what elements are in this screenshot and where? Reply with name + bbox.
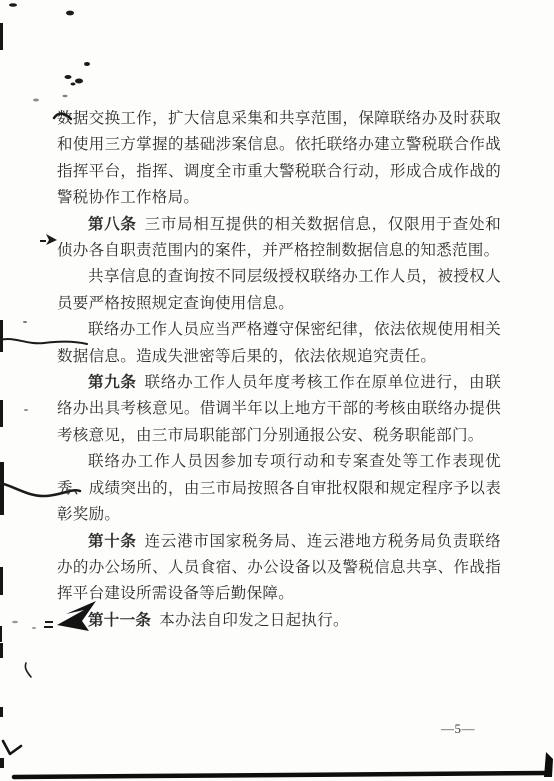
page-number: —5— <box>441 721 475 737</box>
arrow-blot-mark <box>40 234 57 245</box>
article-number: 第九条 <box>88 374 137 391</box>
article-number: 第十一条 <box>88 612 151 629</box>
paragraph-article-11: 第十一条本办法自印发之日起执行。 <box>57 608 501 634</box>
paragraph-article-9: 第九条联络办工作人员年度考核工作在原单位进行，由联络办出具考核意见。借调半年以上… <box>57 370 501 449</box>
document-body: 数据交换工作，扩大信息采集和共享范围，保障联络办及时获取和使用三方掌握的基础涉案… <box>57 106 501 634</box>
paragraph: 数据交换工作，扩大信息采集和共享范围，保障联络办及时获取和使用三方掌握的基础涉案… <box>57 106 501 212</box>
squiggle-mark <box>25 663 31 677</box>
article-number: 第八条 <box>88 216 137 233</box>
paragraph-text: 本办法自印发之日起执行。 <box>159 612 349 629</box>
binding-marks <box>0 23 4 768</box>
paragraph-text: 联络办工作人员因参加专项行动和专案查处等工作表现优秀、成绩突出的，由三市局按照各… <box>57 453 501 523</box>
paragraph-text: 共享信息的查询按不同层级授权联络办工作人员，被授权人员要严格按照规定查询使用信息… <box>57 268 501 311</box>
paragraph: 联络办工作人员因参加专项行动和专案查处等工作表现优秀、成绩突出的，由三市局按照各… <box>57 449 501 528</box>
equals-mark <box>44 621 53 628</box>
corner-blot-mark <box>544 752 553 777</box>
paragraph-text: 联络办工作人员应当严格遵守保密纪律，依法依规使用相关数据信息。造成失泄密等后果的… <box>57 321 501 364</box>
paragraph: 共享信息的查询按不同层级授权联络办工作人员，被授权人员要严格按照规定查询使用信息… <box>57 264 501 317</box>
paragraph-article-10: 第十条连云港市国家税务局、连云港地方税务局负责联络办的办公场所、人员食宿、办公设… <box>57 529 501 608</box>
document-page: 数据交换工作，扩大信息采集和共享范围，保障联络办及时获取和使用三方掌握的基础涉案… <box>0 0 554 781</box>
paragraph-article-8: 第八条三市局相互提供的相关数据信息，仅限用于查处和侦办各自职责范围内的案件，并严… <box>57 212 501 265</box>
bottom-scan-line <box>14 773 548 777</box>
article-number: 第十条 <box>88 533 137 550</box>
paragraph-text: 数据交换工作，扩大信息采集和共享范围，保障联络办及时获取和使用三方掌握的基础涉案… <box>57 110 501 206</box>
checkmark-mark <box>3 741 21 754</box>
paragraph: 联络办工作人员应当严格遵守保密纪律，依法依规使用相关数据信息。造成失泄密等后果的… <box>57 317 501 370</box>
